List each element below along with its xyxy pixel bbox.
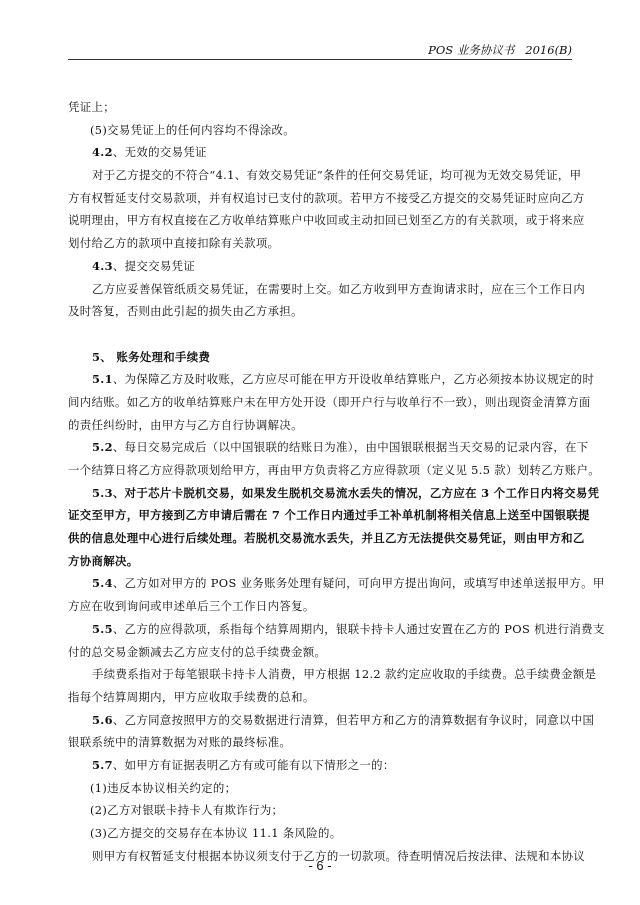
page-header: POS 业务协议书 2016(B) [68,41,572,59]
clause-line: 5.4、乙方如对甲方的 POS 业务账务处理有疑问，可向甲方提出询问，或填写申述… [68,572,572,595]
text-line: 一个结算日将乙方应得款项划给甲方，再由甲方负责将乙方应得款项（定义见 5.5 款… [68,459,572,482]
line-text: 乙方应妥善保管纸质交易凭证，在需要时上交。如乙方收到甲方查询请求时，应在三个工作… [92,282,585,296]
line-text: 方有权暂延支付交易款项，并有权追讨已支付的款项。若甲方不接受乙方提交的交易凭证时… [68,191,585,205]
line-text: 对于乙方提交的不符合“4.1、有效交易凭证”条件的任何交易凭证，均可视为无效交易… [92,168,581,182]
text-line: (5)交易凭证上的任何内容均不得涂改。 [68,119,572,142]
line-text: 、无效的交易凭证 [113,145,207,159]
text-line: 5、 账务处理和手续费 [68,346,572,369]
text-line: (3)乙方提交的交易存在本协议 11.1 条风险的。 [68,822,572,845]
clause-number: 5.4 [92,576,113,590]
line-text: 方应在收到询问或申述单后三个工作日内答复。 [68,599,315,613]
line-text: 、对于芯片卡脱机交易，如果发生脱机交易流水丢失的情况，乙方应在 3 个工作日内将… [113,486,600,500]
line-text: 付的总交易金额减去乙方应支付的总手续费金额。 [68,645,326,659]
clause-number: 4.2 [92,145,113,159]
clause-line: 5.2、每日交易完成后（以中国银联的结账日为准），由中国银联根据当天交易的记录内… [68,436,572,459]
text-line: 对于乙方提交的不符合“4.1、有效交易凭证”条件的任何交易凭证，均可视为无效交易… [68,164,572,187]
clause-number: 5.3 [92,486,113,500]
line-text: 凭证上； [68,100,115,114]
text-line: 方有权暂延支付交易款项，并有权追讨已支付的款项。若甲方不接受乙方提交的交易凭证时… [68,187,572,210]
line-text: 及时答复，否则由此引起的损失由乙方承担。 [68,304,303,318]
text-line: 指每个结算周期内，甲方应收取手续费的总和。 [68,686,572,709]
line-text: (1)违反本协议相关约定的； [90,781,236,795]
text-line: (1)违反本协议相关约定的； [68,777,572,800]
clause-number: 5.2 [92,440,113,454]
line-text: 供的信息处理中心进行后续处理。若脱机交易流水丢失，并且乙方无法提供交易凭证，则由… [68,531,585,545]
text-line: 凭证上； [68,96,572,119]
header-title: POS 业务协议书 [428,43,514,57]
line-text: 、乙方如对甲方的 POS 业务账务处理有疑问，可向甲方提出询问，或填写申述单送报… [113,576,605,590]
line-text: (3)乙方提交的交易存在本协议 11.1 条风险的。 [90,826,341,840]
line-text: 、乙方同意按照甲方的交易数据进行清算，但若甲方和乙方的清算数据有争议时，同意以中… [113,713,594,727]
text-line: 间内结账。如乙方的收单结算账户未在甲方处开设（即开户行与收单行不一致），则出现资… [68,391,572,414]
document-body: 凭证上；(5)交易凭证上的任何内容均不得涂改。4.2、无效的交易凭证对于乙方提交… [68,96,572,867]
text-line: 手续费系指对于每笔银联卡持卡人消费，甲方根据 12.2 款约定应收取的手续费。总… [68,663,572,686]
clause-line: 5.1、为保障乙方及时收账，乙方应尽可能在甲方开设收单结算账户，乙方必须按本协议… [68,368,572,391]
line-text: 、为保障乙方及时收账，乙方应尽可能在甲方开设收单结算账户，乙方必须按本协议规定的… [113,372,594,386]
text-line: 划付给乙方的款项中直接扣除有关款项。 [68,232,572,255]
clause-line: 4.3、提交交易凭证 [68,255,572,278]
line-text: 银联系统中的清算数据为对账的最终标准。 [68,735,291,749]
line-text: 说明理由，甲方有权直接在乙方收单结算账户中收回或主动扣回已划至乙方的有关款项，或… [68,213,585,227]
document-page: POS 业务协议书 2016(B) 凭证上；(5)交易凭证上的任何内容均不得涂改… [0,0,640,905]
text-line: 供的信息处理中心进行后续处理。若脱机交易流水丢失，并且乙方无法提供交易凭证，则由… [68,527,572,550]
clause-number: 5.7 [92,758,113,772]
header-edition: 2016(B) [525,43,572,57]
clause-line: 5.5、乙方的应得款项，系指每个结算周期内，银联卡持卡人通过安置在乙方的 POS… [68,618,572,641]
line-text: 的责任纠纷时，由甲方与乙方自行协调解决。 [68,418,303,432]
line-text: 、乙方的应得款项，系指每个结算周期内，银联卡持卡人通过安置在乙方的 POS 机进… [113,622,605,636]
text-line: 付的总交易金额减去乙方应支付的总手续费金额。 [68,641,572,664]
text-line: (2)乙方对银联卡持卡人有欺诈行为； [68,799,572,822]
line-text: 手续费系指对于每笔银联卡持卡人消费，甲方根据 12.2 款约定应收取的手续费。总… [92,667,596,681]
text-line: 及时答复，否则由此引起的损失由乙方承担。 [68,300,572,323]
header-rule [68,59,572,60]
line-text: 、提交交易凭证 [113,259,195,273]
text-line: 证交至甲方，甲方接到乙方申请后需在 7 个工作日内通过手工补单机制将相关信息上送… [68,504,572,527]
text-line: 的责任纠纷时，由甲方与乙方自行协调解决。 [68,414,572,437]
line-text: 间内结账。如乙方的收单结算账户未在甲方处开设（即开户行与收单行不一致），则出现资… [68,395,591,409]
clause-number: 5.5 [92,622,113,636]
line-text: 方协商解决。 [68,554,138,568]
line-text: (5)交易凭证上的任何内容均不得涂改。 [90,123,295,137]
clause-number: 4.3 [92,259,113,273]
clause-line: 5.6、乙方同意按照甲方的交易数据进行清算，但若甲方和乙方的清算数据有争议时，同… [68,709,572,732]
line-text: 证交至甲方，甲方接到乙方申请后需在 7 个工作日内通过手工补单机制将相关信息上送… [68,508,590,522]
clause-line: 5.7、如甲方有证据表明乙方有或可能有以下情形之一的： [68,754,572,777]
line-text: 划付给乙方的款项中直接扣除有关款项。 [68,236,279,250]
text-line: 方应在收到询问或申述单后三个工作日内答复。 [68,595,572,618]
line-text: 指每个结算周期内，甲方应收取手续费的总和。 [68,690,315,704]
page-number: - 6 - [0,858,640,873]
text-line: 方协商解决。 [68,550,572,573]
clause-number: 5.6 [92,713,113,727]
text-line: 乙方应妥善保管纸质交易凭证，在需要时上交。如乙方收到甲方查询请求时，应在三个工作… [68,278,572,301]
line-text: 、每日交易完成后（以中国银联的结账日为准），由中国银联根据当天交易的记录内容，在… [113,440,589,454]
line-text: 5、 账务处理和手续费 [92,350,210,364]
line-text: 一个结算日将乙方应得款项划给甲方，再由甲方负责将乙方应得款项（定义见 5.5 款… [68,463,600,477]
clause-line: 4.2、无效的交易凭证 [68,141,572,164]
clause-number: 5.1 [92,372,113,386]
paragraph-gap [68,323,572,346]
text-line: 说明理由，甲方有权直接在乙方收单结算账户中收回或主动扣回已划至乙方的有关款项，或… [68,209,572,232]
line-text: (2)乙方对银联卡持卡人有欺诈行为； [90,803,283,817]
text-line: 银联系统中的清算数据为对账的最终标准。 [68,731,572,754]
line-text: 、如甲方有证据表明乙方有或可能有以下情形之一的： [113,758,395,772]
clause-line: 5.3、对于芯片卡脱机交易，如果发生脱机交易流水丢失的情况，乙方应在 3 个工作… [68,482,572,505]
